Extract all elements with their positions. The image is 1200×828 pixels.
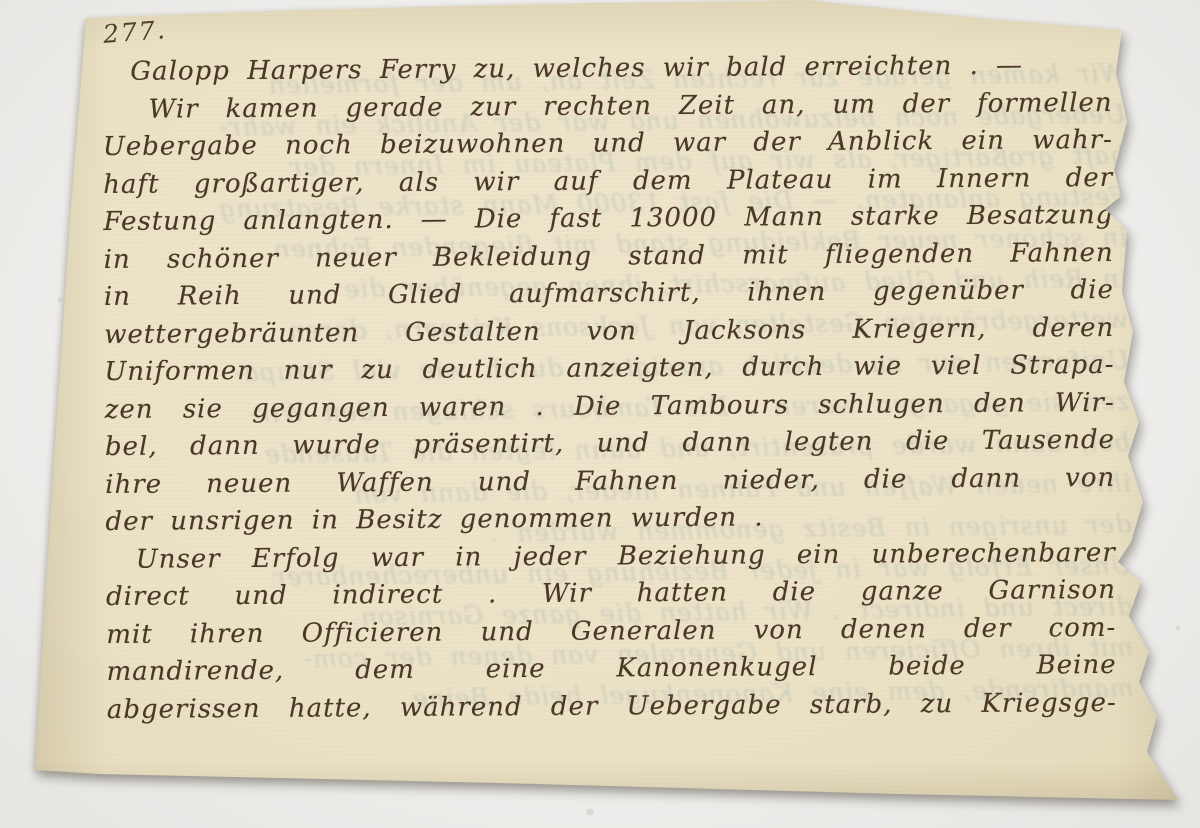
manuscript-line: mandirende, dem eine Kanonenkugel beide … (106, 647, 1116, 692)
manuscript-line: Uniformen nur zu deutlich anzeigten, dur… (104, 347, 1114, 392)
manuscript-line: ihre neuen Waffen und Fahnen nieder, die… (105, 459, 1115, 504)
photo-background: Wir kamen gerade zur rechten Zeit an, um… (0, 0, 1200, 828)
manuscript-lines: Galopp Harpers Ferry zu, welches wir bal… (102, 47, 1117, 729)
manuscript-line: Festung anlangten. — Die fast 13000 Mann… (103, 197, 1113, 242)
manuscript-line: in Reih und Glied aufmarschirt, ihnen ge… (104, 272, 1114, 317)
manuscript-line: direct und indirect . Wir hatten die gan… (106, 572, 1116, 617)
manuscript-text: 277. Galopp Harpers Ferry zu, welches wi… (102, 13, 1117, 729)
manuscript-line: bel, dann wurde präsentirt, und dann leg… (105, 422, 1115, 467)
manuscript-line: abgerissen hatte, während der Uebergabe … (107, 684, 1117, 729)
manuscript-page: Wir kamen gerade zur rechten Zeit an, um… (0, 0, 1200, 828)
manuscript-line: Galopp Harpers Ferry zu, welches wir bal… (102, 47, 1112, 92)
page-number: 277. (102, 0, 1112, 54)
manuscript-line: Uebergabe noch beizuwohnen und war der A… (103, 122, 1113, 167)
paper-sheet: Wir kamen gerade zur rechten Zeit an, um… (0, 0, 1200, 828)
